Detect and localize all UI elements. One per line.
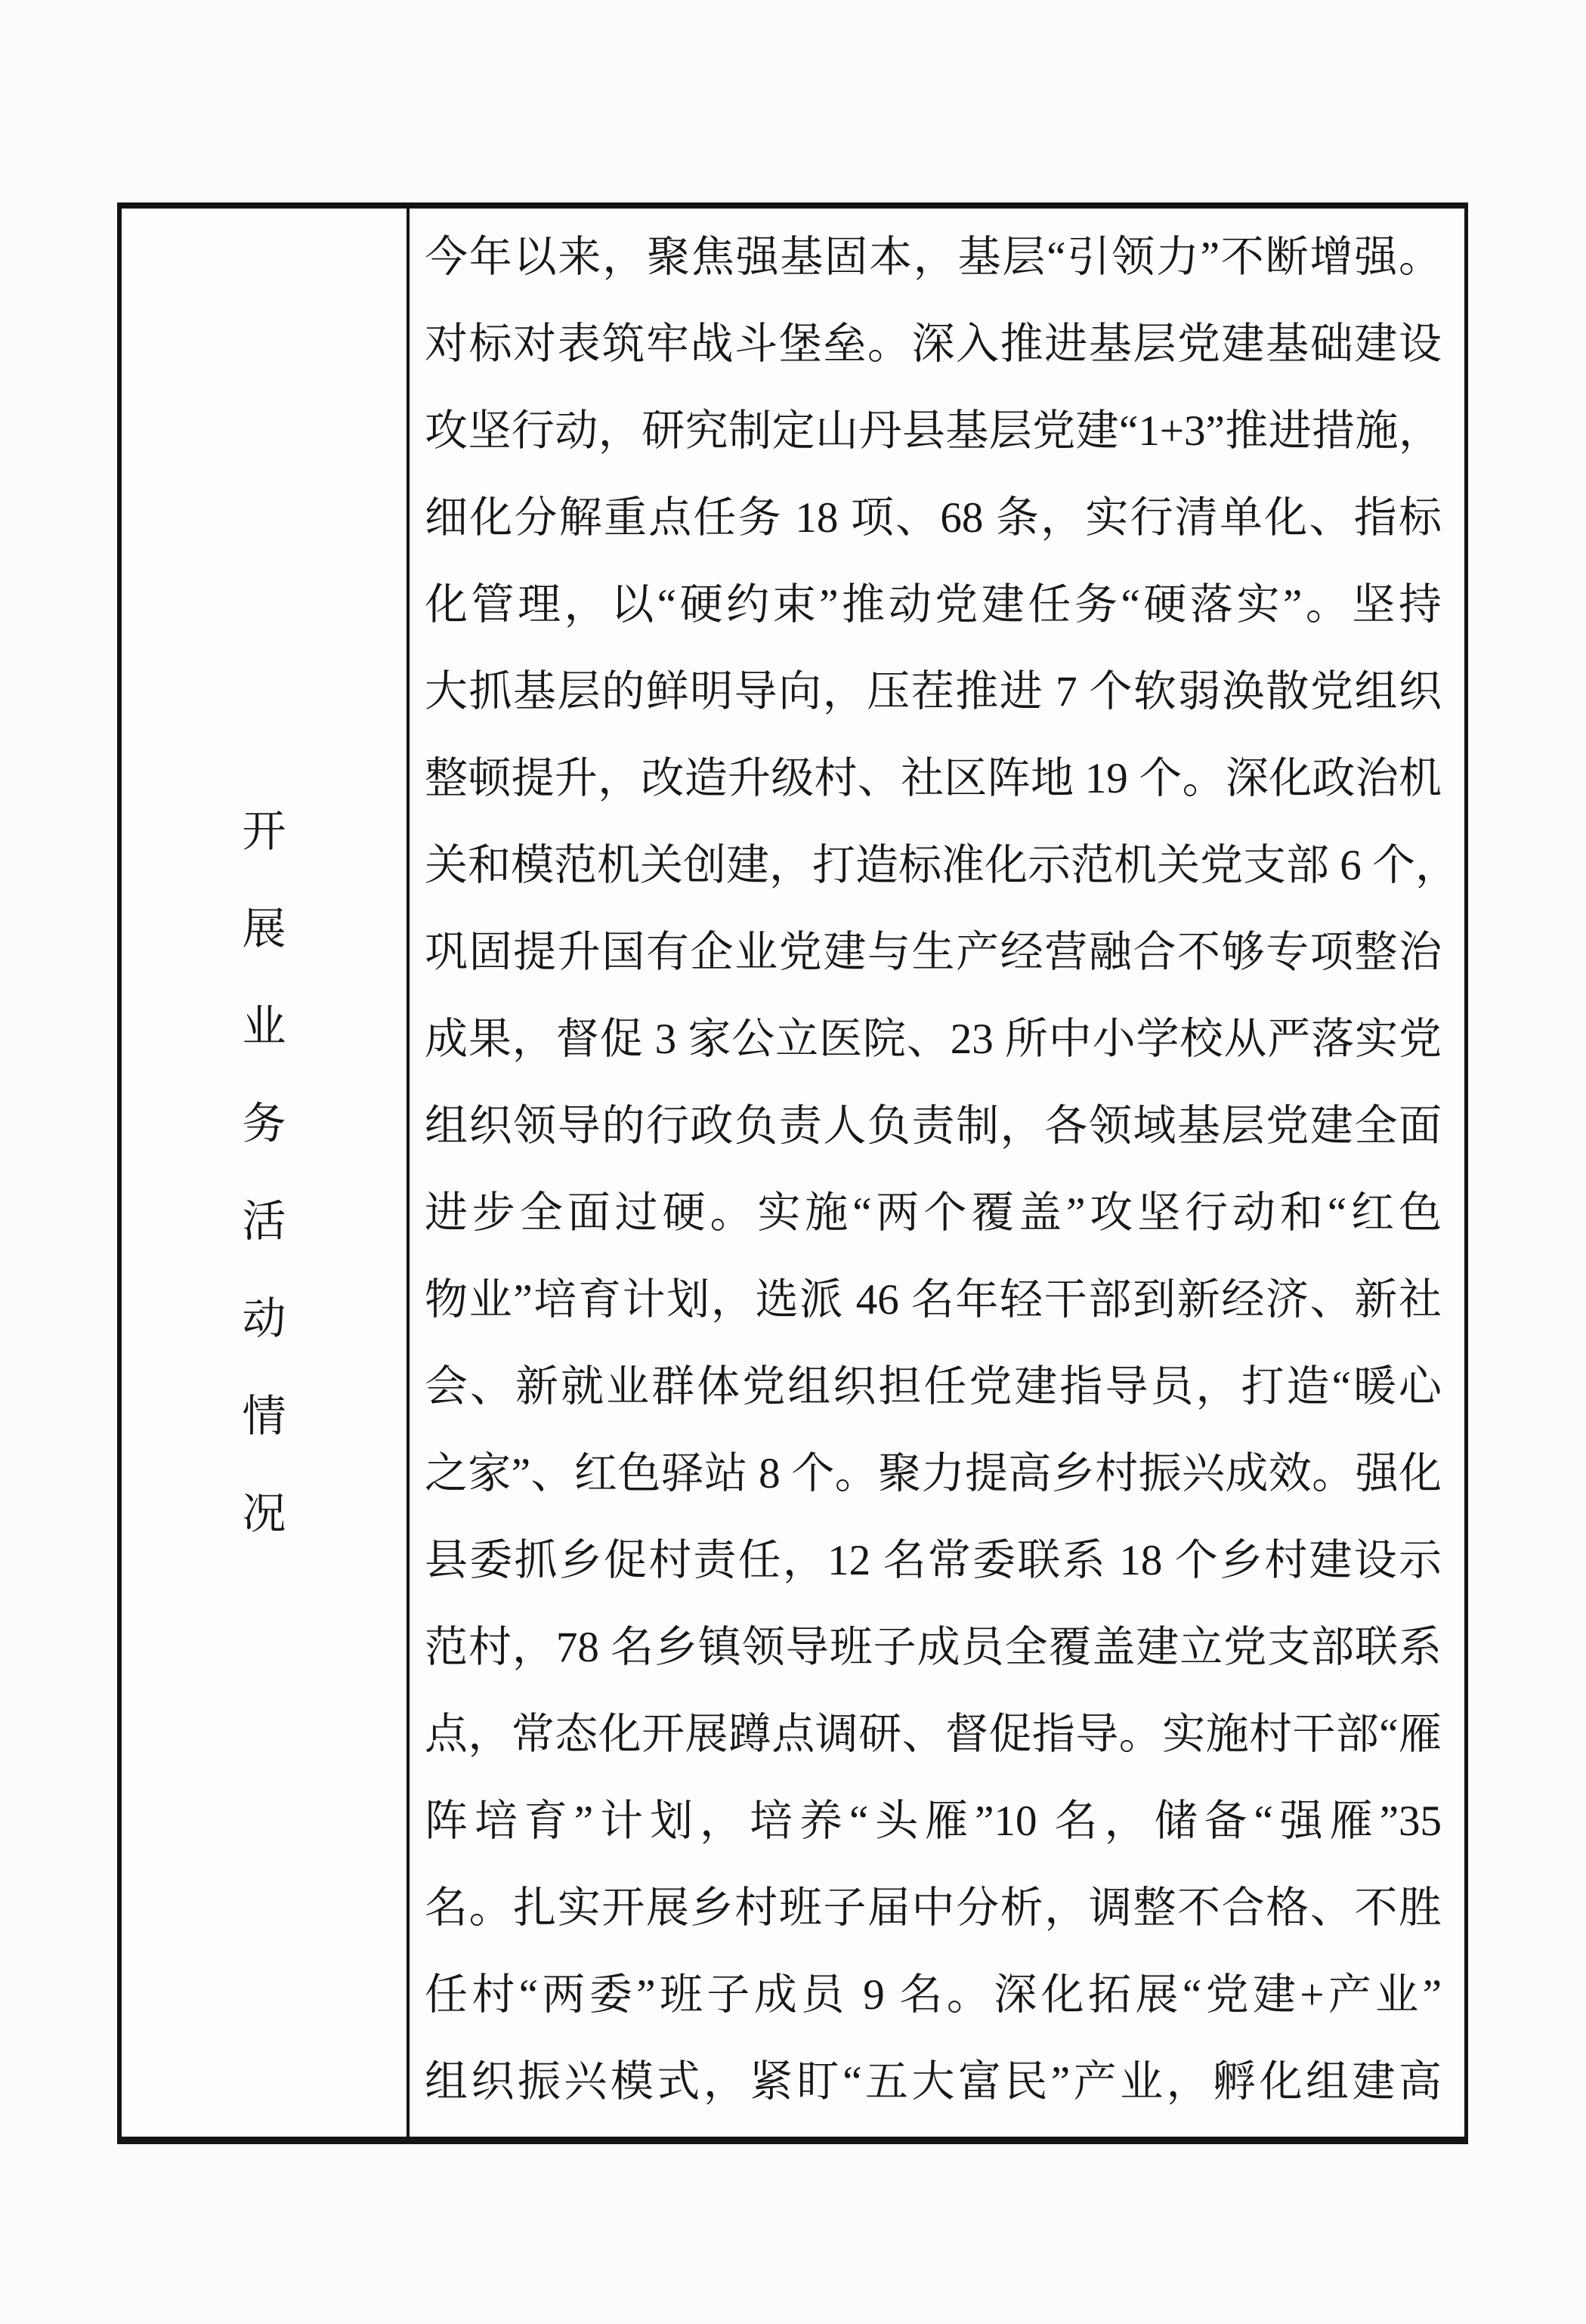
content-text-line: 攻坚行动，研究制定山丹县基层党建“1+3”推进措施，: [425, 388, 1442, 474]
activities-table: 开展业务活动情况 今年以来，聚焦强基固本，基层“引领力”不断增强。对标对表筑牢战…: [117, 202, 1468, 2144]
row-header-char: 业: [242, 978, 286, 1075]
content-text-line: 进步全面过硬。实施“两个覆盖”攻坚行动和“红色: [425, 1170, 1442, 1256]
content-text-line: 点，常态化开展蹲点调研、督促指导。实施村干部“雁: [425, 1691, 1442, 1778]
content-text-line: 组织振兴模式，紧盯“五大富民”产业，孵化组建高: [425, 2038, 1442, 2125]
content-text-line: 细化分解重点任务 18 项、68 条，实行清单化、指标: [425, 474, 1442, 561]
activities-content-cell: 今年以来，聚焦强基固本，基层“引领力”不断增强。对标对表筑牢战斗堡垒。深入推进基…: [410, 209, 1464, 2137]
row-header-char: 情: [242, 1368, 286, 1465]
content-text-line: 化管理，以“硬约束”推动党建任务“硬落实”。坚持: [425, 561, 1442, 648]
content-text-line: 对标对表筑牢战斗堡垒。深入推进基层党建基础建设: [425, 301, 1442, 388]
row-header-char: 活: [242, 1173, 286, 1270]
content-text-line: 县委抓乡促村责任，12 名常委联系 18 个乡村建设示: [425, 1517, 1442, 1604]
content-text-line: 范村，78 名乡镇领导班子成员全覆盖建立党支部联系: [425, 1604, 1442, 1691]
content-text-line: 整顿提升，改造升级村、社区阵地 19 个。深化政治机: [425, 735, 1442, 822]
content-text-line: 名。扎实开展乡村班子届中分析，调整不合格、不胜: [425, 1865, 1442, 1952]
content-text-line: 会、新就业群体党组织担任党建指导员，打造“暖心: [425, 1343, 1442, 1430]
content-text-line: 物业”培育计划，选派 46 名年轻干部到新经济、新社: [425, 1256, 1442, 1343]
row-header-char: 开: [242, 783, 286, 880]
row-header-char: 务: [242, 1075, 286, 1173]
row-header-char: 展: [242, 880, 286, 978]
scanned-document-page: 开展业务活动情况 今年以来，聚焦强基固本，基层“引领力”不断增强。对标对表筑牢战…: [0, 0, 1586, 2324]
content-text-line: 组织领导的行政负责人负责制，各领域基层党建全面: [425, 1083, 1442, 1170]
content-text-line: 之家”、红色驿站 8 个。聚力提高乡村振兴成效。强化: [425, 1430, 1442, 1517]
content-text-line: 阵培育”计划，培养“头雁”10 名，储备“强雁”35: [425, 1778, 1442, 1865]
content-text-line: 今年以来，聚焦强基固本，基层“引领力”不断增强。: [425, 214, 1442, 301]
content-text-line: 巩固提升国有企业党建与生产经营融合不够专项整治: [425, 909, 1442, 996]
content-text-line: 任村“两委”班子成员 9 名。深化拓展“党建+产业”: [425, 1952, 1442, 2038]
content-text-line: 关和模范机关创建，打造标准化示范机关党支部 6 个，: [425, 822, 1442, 909]
row-header-char: 况: [242, 1465, 286, 1562]
content-text-line: 大抓基层的鲜明导向，压茬推进 7 个软弱涣散党组织: [425, 648, 1442, 735]
row-header-char: 动: [242, 1270, 286, 1368]
content-text-line: 成果，督促 3 家公立医院、23 所中小学校从严落实党: [425, 996, 1442, 1083]
row-header-cell: 开展业务活动情况: [122, 209, 410, 2137]
